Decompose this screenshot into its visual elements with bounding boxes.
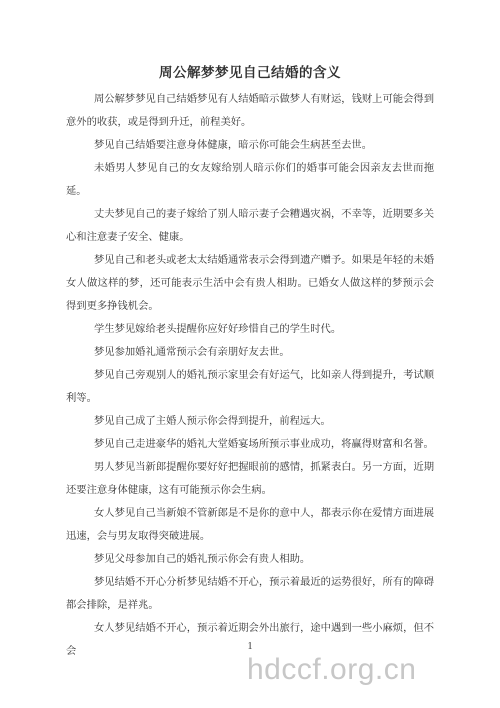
paragraph: 丈夫梦见自己的妻子嫁给了别人暗示妻子会糟遇灾祸，不幸等，近期要多关心和注意妻子安… bbox=[66, 203, 434, 249]
paragraph: 周公解梦梦见自己结婚梦见有人结婚暗示做梦人有财运，钱财上可能会得到意外的收获，或… bbox=[66, 88, 434, 134]
paragraph: 梦见自己和老头或老太太结婚通常表示会得到遗产赠予。如果是年轻的未婚女人做这样的梦… bbox=[66, 249, 434, 318]
page-number: 1 bbox=[0, 641, 500, 652]
page-title: 周公解梦梦见自己结婚的含义 bbox=[0, 61, 500, 81]
paragraph: 梦见自己成了主婚人预示你会得到提升，前程远大。 bbox=[66, 410, 434, 433]
paragraph: 学生梦见嫁给老头提醒你应好好珍惜自己的学生时代。 bbox=[66, 318, 434, 341]
paragraph: 梦见参加婚礼通常预示会有亲朋好友去世。 bbox=[66, 341, 434, 364]
site-watermark: hdccf.org.cn bbox=[247, 653, 416, 687]
document-body: 周公解梦梦见自己结婚梦见有人结婚暗示做梦人有财运，钱财上可能会得到意外的收获，或… bbox=[66, 88, 434, 663]
document-page: 周公解梦梦见自己结婚的含义 周公解梦梦见自己结婚梦见有人结婚暗示做梦人有财运，钱… bbox=[0, 0, 500, 708]
paragraph: 梦见结婚不开心分析梦见结婚不开心，预示着最近的运势很好，所有的障碍都会排除，是祥… bbox=[66, 571, 434, 617]
paragraph: 梦见父母参加自己的婚礼预示你会有贵人相助。 bbox=[66, 548, 434, 571]
paragraph: 梦见自己结婚要注意身体健康，暗示你可能会生病甚至去世。 bbox=[66, 134, 434, 157]
paragraph: 梦见自己走进豪华的婚礼大堂婚宴场所预示事业成功，将赢得财富和名誉。 bbox=[66, 433, 434, 456]
paragraph: 梦见自己旁观别人的婚礼预示家里会有好运气，比如亲人得到提升，考试顺利等。 bbox=[66, 364, 434, 410]
paragraph: 未婚男人梦见自己的女友嫁给别人暗示你们的婚事可能会因亲友去世而拖延。 bbox=[66, 157, 434, 203]
paragraph: 男人梦见当新郎提醒你要好好把握眼前的感情，抓紧表白。另一方面，近期还要注意身体健… bbox=[66, 456, 434, 502]
paragraph: 女人梦见自己当新娘不管新郎是不是你的意中人，都表示你在爱情方面进展迅速，会与男友… bbox=[66, 502, 434, 548]
